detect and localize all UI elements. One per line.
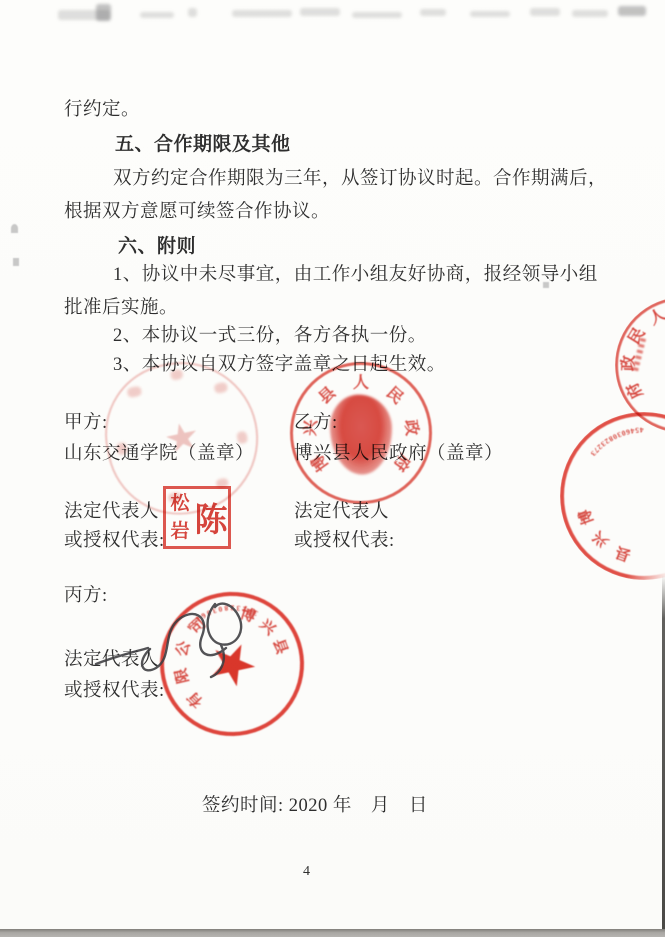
section6-item1-line2: 批准后实施。: [64, 293, 178, 319]
scan-smudge: [618, 6, 646, 16]
scan-smudge: [188, 8, 197, 17]
star-icon: [205, 639, 259, 692]
section6-heading: 六、附则: [118, 231, 196, 258]
party-a-rep-line2: 或授权代表:: [64, 526, 165, 552]
star-icon: [163, 420, 201, 456]
scan-smudge: [352, 12, 402, 18]
company-seal: 博兴县有限公司3723280306454: [147, 579, 318, 750]
party-c-label: 丙方:: [64, 581, 108, 607]
name-seal-char: 松: [170, 494, 189, 513]
party-a-label: 甲方:: [64, 408, 108, 434]
scan-bottom-edge: [0, 929, 665, 937]
national-emblem-icon: [330, 395, 392, 475]
scan-mark: [11, 224, 18, 233]
scan-smudge: [470, 11, 510, 17]
name-seal-char: 陈: [194, 494, 227, 541]
scan-smudge: [96, 4, 111, 21]
section6-item2: 2、本协议一式三份，各方各执一份。: [113, 321, 427, 347]
name-seal: 松 岩 陈: [163, 486, 231, 549]
scanned-document-page: 行约定。 五、合作期限及其他 双方约定合作期限为三年，从签订协议时起。合作期满后…: [0, 0, 665, 937]
government-seal: 博兴县人民政府: [290, 362, 432, 504]
name-seal-char: 岩: [170, 522, 189, 541]
page-number: 4: [303, 864, 310, 880]
section5-para-line1: 双方约定合作期限为三年，从签订协议时起。合作期满后，: [113, 164, 607, 190]
section5-para-line2: 根据双方意愿可续签合作协议。: [64, 197, 330, 223]
scan-smudge: [530, 8, 560, 16]
carryover-line: 行约定。: [64, 95, 140, 121]
scan-smudge: [420, 9, 446, 16]
section5-heading: 五、合作期限及其他: [115, 129, 291, 156]
scan-mark: [13, 258, 19, 266]
edge-seal-bottom: 博兴县3723280306454: [560, 412, 665, 580]
scan-smudge: [572, 10, 608, 17]
scan-smudge: [300, 8, 340, 16]
party-c-rep-line2: 或授权代表:: [64, 676, 165, 702]
signing-date-line: 签约时间: 2020 年 月 日: [202, 791, 428, 817]
scan-smudge: [232, 10, 292, 17]
scan-smudge: [140, 12, 174, 18]
party-c-rep-line1: 法定代表人: [64, 645, 159, 671]
party-b-rep-line2: 或授权代表:: [294, 526, 395, 552]
section6-item1-line1: 1、协议中未尽事宜，由工作小组友好协商，报经领导小组: [113, 260, 598, 286]
